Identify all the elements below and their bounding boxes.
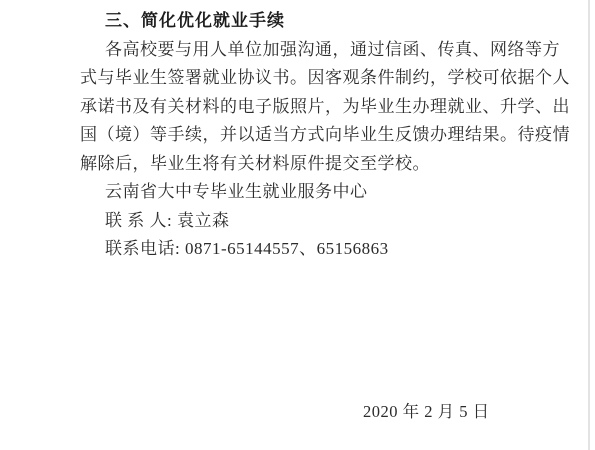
- paragraph-line: 各高校要与用人单位加强沟通，通过信函、传真、网络等方: [80, 36, 576, 65]
- contact-phone-line: 联系电话: 0871-65144557、65156863: [80, 235, 576, 264]
- document-body: 三、简化优化就业手续 各高校要与用人单位加强沟通，通过信函、传真、网络等方 式与…: [80, 7, 576, 264]
- contact-person-line: 联 系 人: 袁立森: [80, 207, 576, 236]
- document-date: 2020 年 2 月 5 日: [363, 402, 490, 422]
- section-heading: 三、简化优化就业手续: [80, 7, 576, 36]
- scan-edge-line: [588, 0, 590, 450]
- document-page: 三、简化优化就业手续 各高校要与用人单位加强沟通，通过信函、传真、网络等方 式与…: [0, 0, 595, 450]
- paragraph-line: 解除后，毕业生将有关材料原件提交至学校。: [80, 150, 576, 179]
- paragraph-line: 式与毕业生签署就业协议书。因客观条件制约，学校可依据个人: [80, 64, 576, 93]
- paragraph-line: 承诺书及有关材料的电子版照片，为毕业生办理就业、升学、出: [80, 93, 576, 122]
- signer-organization: 云南省大中专毕业生就业服务中心: [80, 178, 576, 207]
- paragraph-line: 国（境）等手续，并以适当方式向毕业生反馈办理结果。待疫情: [80, 121, 576, 150]
